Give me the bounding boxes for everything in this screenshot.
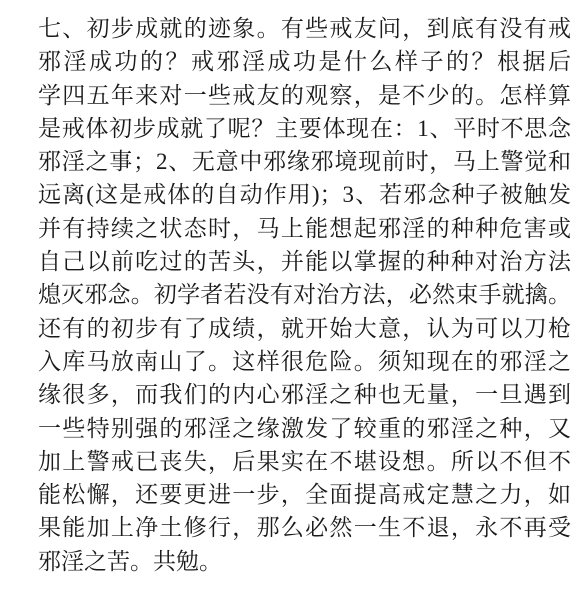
- text-line: 果能加上净土修行，那么必然一生不退，永不再受: [38, 511, 571, 544]
- text-line: 七、初步成就的迹象。有些戒友问，到底有没有戒: [38, 12, 571, 45]
- document-page: 七、初步成就的迹象。有些戒友问，到底有没有戒 邪淫成功的？戒邪淫成功是什么样子的…: [0, 0, 580, 601]
- text-line: 是戒体初步成就了呢？主要体现在：1、平时不思念: [38, 112, 571, 145]
- text-line: 缘很多，而我们的内心邪淫之种也无量，一旦遇到: [38, 378, 571, 411]
- text-line: 加上警戒已丧失，后果实在不堪设想。所以不但不: [38, 445, 571, 478]
- text-line: 邪淫成功的？戒邪淫成功是什么样子的？根据后: [38, 45, 571, 78]
- text-line: 入库马放南山了。这样很危险。须知现在的邪淫之: [38, 345, 571, 378]
- text-line: 学四五年来对一些戒友的观察，是不少的。怎样算: [38, 79, 571, 112]
- paragraph: 七、初步成就的迹象。有些戒友问，到底有没有戒 邪淫成功的？戒邪淫成功是什么样子的…: [38, 12, 571, 578]
- text-line: 并有持续之状态时，马上能想起邪淫的种种危害或: [38, 212, 571, 245]
- text-line: 邪淫之事；2、无意中邪缘邪境现前时，马上警觉和: [38, 145, 571, 178]
- text-line: 熄灭邪念。初学者若没有对治方法，必然束手就擒。: [38, 278, 571, 311]
- text-line: 还有的初步有了成绩，就开始大意，认为可以刀枪: [38, 312, 571, 345]
- text-line: 邪淫之苦。共勉。: [38, 545, 571, 578]
- text-line: 一些特别强的邪淫之缘激发了较重的邪淫之种，又: [38, 412, 571, 445]
- text-line: 能松懈，还要更进一步，全面提高戒定慧之力，如: [38, 478, 571, 511]
- text-line: 远离(这是戒体的自动作用)；3、若邪念种子被触发: [38, 178, 571, 211]
- text-line: 自己以前吃过的苦头，并能以掌握的种种对治方法: [38, 245, 571, 278]
